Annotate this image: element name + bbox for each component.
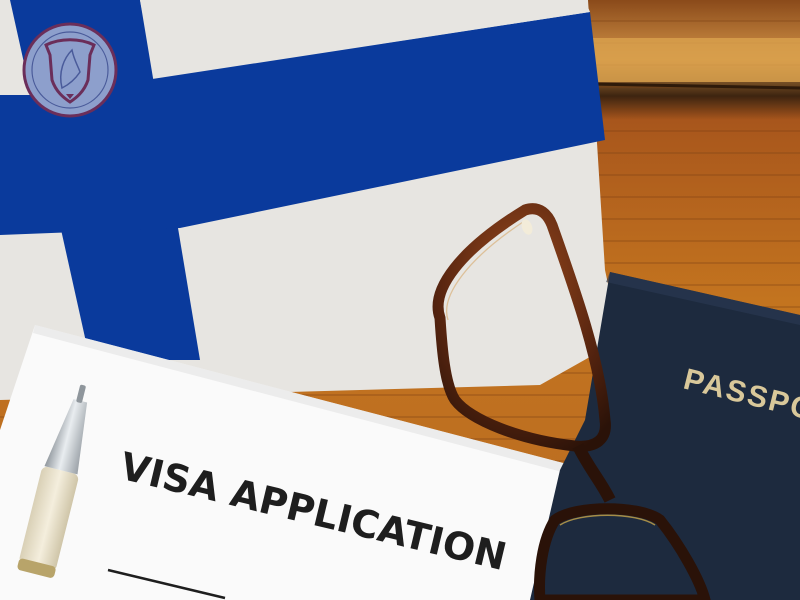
watermark-logo[interactable] (24, 24, 116, 116)
photo-scene: VISA APPLICATION PASSPO (0, 0, 800, 600)
